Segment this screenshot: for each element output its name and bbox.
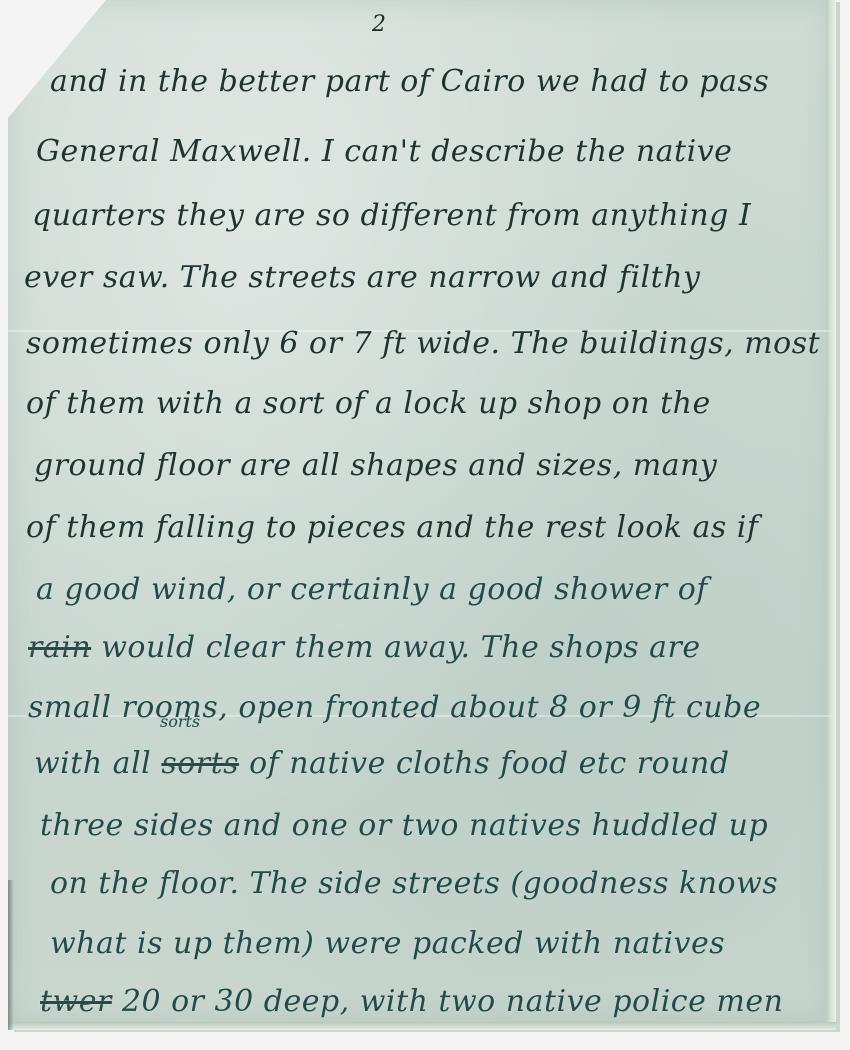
letter-line: of them falling to pieces and the rest l… <box>26 510 759 545</box>
struck-word: sorts <box>161 746 239 781</box>
line-text: of native cloths food etc round <box>249 746 729 781</box>
letter-line: a good wind, or certainly a good shower … <box>36 572 708 607</box>
letter-line: what is up them) were packed with native… <box>50 926 725 961</box>
struck-word: rain <box>28 630 91 665</box>
letter-line: ever saw. The streets are narrow and fil… <box>24 260 700 295</box>
inserted-word: sorts <box>160 712 200 731</box>
struck-word: twer <box>40 984 112 1019</box>
line-text: 20 or 30 deep, with two native police me… <box>122 984 784 1019</box>
line-text: with all <box>34 746 151 781</box>
line-text: would clear them away. The shops are <box>101 630 700 665</box>
letter-line: of them with a sort of a lock up shop on… <box>26 386 711 421</box>
letter-line: twer 20 or 30 deep, with two native poli… <box>40 984 783 1019</box>
letter-line: three sides and one or two natives huddl… <box>40 808 768 843</box>
letter-line: rain would clear them away. The shops ar… <box>28 630 701 665</box>
scanned-letter: 2 and in the better part of Cairo we had… <box>0 0 850 1050</box>
letter-line: General Maxwell. I can't describe the na… <box>36 134 732 169</box>
letter-line: and in the better part of Cairo we had t… <box>50 64 769 99</box>
letter-line: sometimes only 6 or 7 ft wide. The build… <box>26 326 820 361</box>
letter-line: ground floor are all shapes and sizes, m… <box>34 448 717 483</box>
letter-line: with all sorts of native cloths food etc… <box>34 746 730 781</box>
letter-line: on the floor. The side streets (goodness… <box>50 866 778 901</box>
letter-body: and in the better part of Cairo we had t… <box>0 0 850 1050</box>
letter-line: small rooms, open fronted about 8 or 9 f… <box>28 690 761 725</box>
letter-line: quarters they are so different from anyt… <box>32 198 751 233</box>
